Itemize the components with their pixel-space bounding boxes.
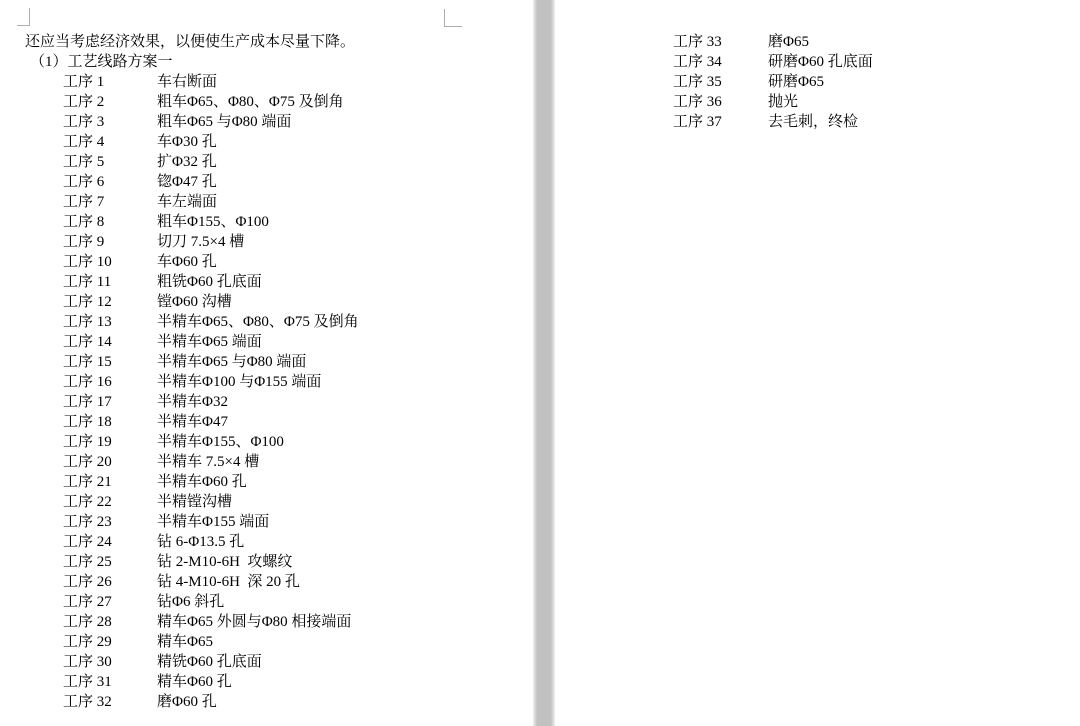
step-description: 镗Φ60 沟槽: [157, 292, 232, 312]
step-label: 工序 1: [63, 72, 104, 92]
process-step-row: 工序 16 半精车Φ100 与Φ155 端面: [0, 372, 533, 392]
process-step-row: 工序 19 半精车Φ155、Φ100: [0, 432, 533, 452]
margin-crop-mark-top-left: [17, 8, 30, 26]
process-step-row: 工序 28 精车Φ65 外圆与Φ80 相接端面: [0, 612, 533, 632]
process-step-row: 工序 1 车右断面: [0, 72, 533, 92]
step-description: 半精车Φ32: [157, 392, 228, 412]
step-description: 半精车 7.5×4 槽: [157, 452, 259, 472]
step-description: 精铣Φ60 孔底面: [157, 652, 262, 672]
step-label: 工序 20: [63, 452, 112, 472]
step-label: 工序 37: [673, 112, 722, 132]
page-gap-divider: [533, 0, 555, 726]
step-description: 半精车Φ65 端面: [157, 332, 262, 352]
step-label: 工序 35: [673, 72, 722, 92]
step-description: 半精镗沟槽: [157, 492, 232, 512]
document-page-right[interactable]: 工序 33 磨Φ65 工序 34 研磨Φ60 孔底面 工序 35 研磨Φ65 工…: [555, 0, 1080, 726]
process-step-row: 工序 9 切刀 7.5×4 槽: [0, 232, 533, 252]
step-label: 工序 30: [63, 652, 112, 672]
document-page-left[interactable]: 还应当考虑经济效果，以便使生产成本尽量下降。 （1）工艺线路方案一 工序 1 车…: [0, 0, 533, 726]
step-label: 工序 5: [63, 152, 104, 172]
step-description: 锪Φ47 孔: [157, 172, 217, 192]
step-description: 钻 6-Φ13.5 孔: [157, 532, 244, 552]
step-label: 工序 12: [63, 292, 112, 312]
step-label: 工序 21: [63, 472, 112, 492]
step-label: 工序 23: [63, 512, 112, 532]
margin-crop-mark-top-right: [444, 9, 462, 27]
step-description: 磨Φ65: [768, 32, 809, 52]
step-label: 工序 19: [63, 432, 112, 452]
step-label: 工序 11: [63, 272, 111, 292]
process-step-row: 工序 26 钻 4-M10-6H 深 20 孔: [0, 572, 533, 592]
process-step-row: 工序 30 精铣Φ60 孔底面: [0, 652, 533, 672]
step-description: 车Φ30 孔: [157, 132, 217, 152]
process-list-page1: 工序 1 车右断面 工序 2 粗车Φ65、Φ80、Φ75 及倒角 工序 3 粗车…: [0, 72, 533, 712]
step-description: 车右断面: [157, 72, 217, 92]
process-step-row: 工序 23 半精车Φ155 端面: [0, 512, 533, 532]
step-label: 工序 9: [63, 232, 104, 252]
process-step-row: 工序 35 研磨Φ65: [555, 72, 1080, 92]
process-step-row: 工序 27 钻Φ6 斜孔: [0, 592, 533, 612]
step-description: 抛光: [768, 92, 798, 112]
step-label: 工序 2: [63, 92, 104, 112]
process-step-row: 工序 14 半精车Φ65 端面: [0, 332, 533, 352]
step-description: 磨Φ60 孔: [157, 692, 217, 712]
process-step-row: 工序 25 钻 2-M10-6H 攻螺纹: [0, 552, 533, 572]
step-label: 工序 24: [63, 532, 112, 552]
step-label: 工序 3: [63, 112, 104, 132]
step-label: 工序 17: [63, 392, 112, 412]
process-step-row: 工序 15 半精车Φ65 与Φ80 端面: [0, 352, 533, 372]
step-label: 工序 28: [63, 612, 112, 632]
step-description: 半精车Φ60 孔: [157, 472, 247, 492]
step-description: 粗车Φ65、Φ80、Φ75 及倒角: [157, 92, 344, 112]
section-heading: （1）工艺线路方案一: [30, 52, 533, 72]
step-description: 粗车Φ65 与Φ80 端面: [157, 112, 291, 132]
process-step-row: 工序 21 半精车Φ60 孔: [0, 472, 533, 492]
process-list-page2: 工序 33 磨Φ65 工序 34 研磨Φ60 孔底面 工序 35 研磨Φ65 工…: [555, 32, 1080, 132]
intro-paragraph: 还应当考虑经济效果，以便使生产成本尽量下降。: [25, 32, 533, 52]
step-description: 研磨Φ60 孔底面: [768, 52, 873, 72]
step-description: 粗铣Φ60 孔底面: [157, 272, 262, 292]
step-description: 去毛刺，终检: [768, 112, 858, 132]
process-step-row: 工序 5 扩Φ32 孔: [0, 152, 533, 172]
step-description: 扩Φ32 孔: [157, 152, 217, 172]
step-label: 工序 18: [63, 412, 112, 432]
step-description: 车Φ60 孔: [157, 252, 217, 272]
step-label: 工序 29: [63, 632, 112, 652]
step-label: 工序 15: [63, 352, 112, 372]
step-label: 工序 16: [63, 372, 112, 392]
process-step-row: 工序 7 车左端面: [0, 192, 533, 212]
step-label: 工序 4: [63, 132, 104, 152]
process-step-row: 工序 22 半精镗沟槽: [0, 492, 533, 512]
step-label: 工序 13: [63, 312, 112, 332]
process-step-row: 工序 37 去毛刺，终检: [555, 112, 1080, 132]
step-description: 钻 4-M10-6H 深 20 孔: [157, 572, 300, 592]
process-step-row: 工序 29 精车Φ65: [0, 632, 533, 652]
step-label: 工序 31: [63, 672, 112, 692]
process-step-row: 工序 20 半精车 7.5×4 槽: [0, 452, 533, 472]
step-label: 工序 8: [63, 212, 104, 232]
process-step-row: 工序 34 研磨Φ60 孔底面: [555, 52, 1080, 72]
step-label: 工序 33: [673, 32, 722, 52]
step-label: 工序 10: [63, 252, 112, 272]
step-description: 精车Φ60 孔: [157, 672, 232, 692]
process-step-row: 工序 12 镗Φ60 沟槽: [0, 292, 533, 312]
step-description: 研磨Φ65: [768, 72, 824, 92]
step-description: 半精车Φ155 端面: [157, 512, 269, 532]
process-step-row: 工序 11 粗铣Φ60 孔底面: [0, 272, 533, 292]
step-label: 工序 14: [63, 332, 112, 352]
process-step-row: 工序 6 锪Φ47 孔: [0, 172, 533, 192]
process-step-row: 工序 24 钻 6-Φ13.5 孔: [0, 532, 533, 552]
step-label: 工序 6: [63, 172, 104, 192]
step-label: 工序 32: [63, 692, 112, 712]
step-description: 半精车Φ65、Φ80、Φ75 及倒角: [157, 312, 359, 332]
step-label: 工序 7: [63, 192, 104, 212]
process-step-row: 工序 13 半精车Φ65、Φ80、Φ75 及倒角: [0, 312, 533, 332]
process-step-row: 工序 4 车Φ30 孔: [0, 132, 533, 152]
process-step-row: 工序 36 抛光: [555, 92, 1080, 112]
step-description: 半精车Φ155、Φ100: [157, 432, 284, 452]
step-label: 工序 26: [63, 572, 112, 592]
step-description: 切刀 7.5×4 槽: [157, 232, 244, 252]
step-description: 半精车Φ100 与Φ155 端面: [157, 372, 321, 392]
step-description: 钻Φ6 斜孔: [157, 592, 224, 612]
step-description: 半精车Φ65 与Φ80 端面: [157, 352, 306, 372]
process-step-row: 工序 17 半精车Φ32: [0, 392, 533, 412]
step-description: 粗车Φ155、Φ100: [157, 212, 269, 232]
step-label: 工序 25: [63, 552, 112, 572]
step-description: 精车Φ65: [157, 632, 213, 652]
process-step-row: 工序 31 精车Φ60 孔: [0, 672, 533, 692]
process-step-row: 工序 3 粗车Φ65 与Φ80 端面: [0, 112, 533, 132]
step-description: 半精车Φ47: [157, 412, 228, 432]
step-label: 工序 22: [63, 492, 112, 512]
process-step-row: 工序 32 磨Φ60 孔: [0, 692, 533, 712]
process-step-row: 工序 2 粗车Φ65、Φ80、Φ75 及倒角: [0, 92, 533, 112]
step-label: 工序 27: [63, 592, 112, 612]
process-step-row: 工序 10 车Φ60 孔: [0, 252, 533, 272]
step-description: 钻 2-M10-6H 攻螺纹: [157, 552, 292, 572]
process-step-row: 工序 8 粗车Φ155、Φ100: [0, 212, 533, 232]
process-step-row: 工序 33 磨Φ65: [555, 32, 1080, 52]
step-label: 工序 34: [673, 52, 722, 72]
step-description: 车左端面: [157, 192, 217, 212]
step-label: 工序 36: [673, 92, 722, 112]
process-step-row: 工序 18 半精车Φ47: [0, 412, 533, 432]
step-description: 精车Φ65 外圆与Φ80 相接端面: [157, 612, 351, 632]
